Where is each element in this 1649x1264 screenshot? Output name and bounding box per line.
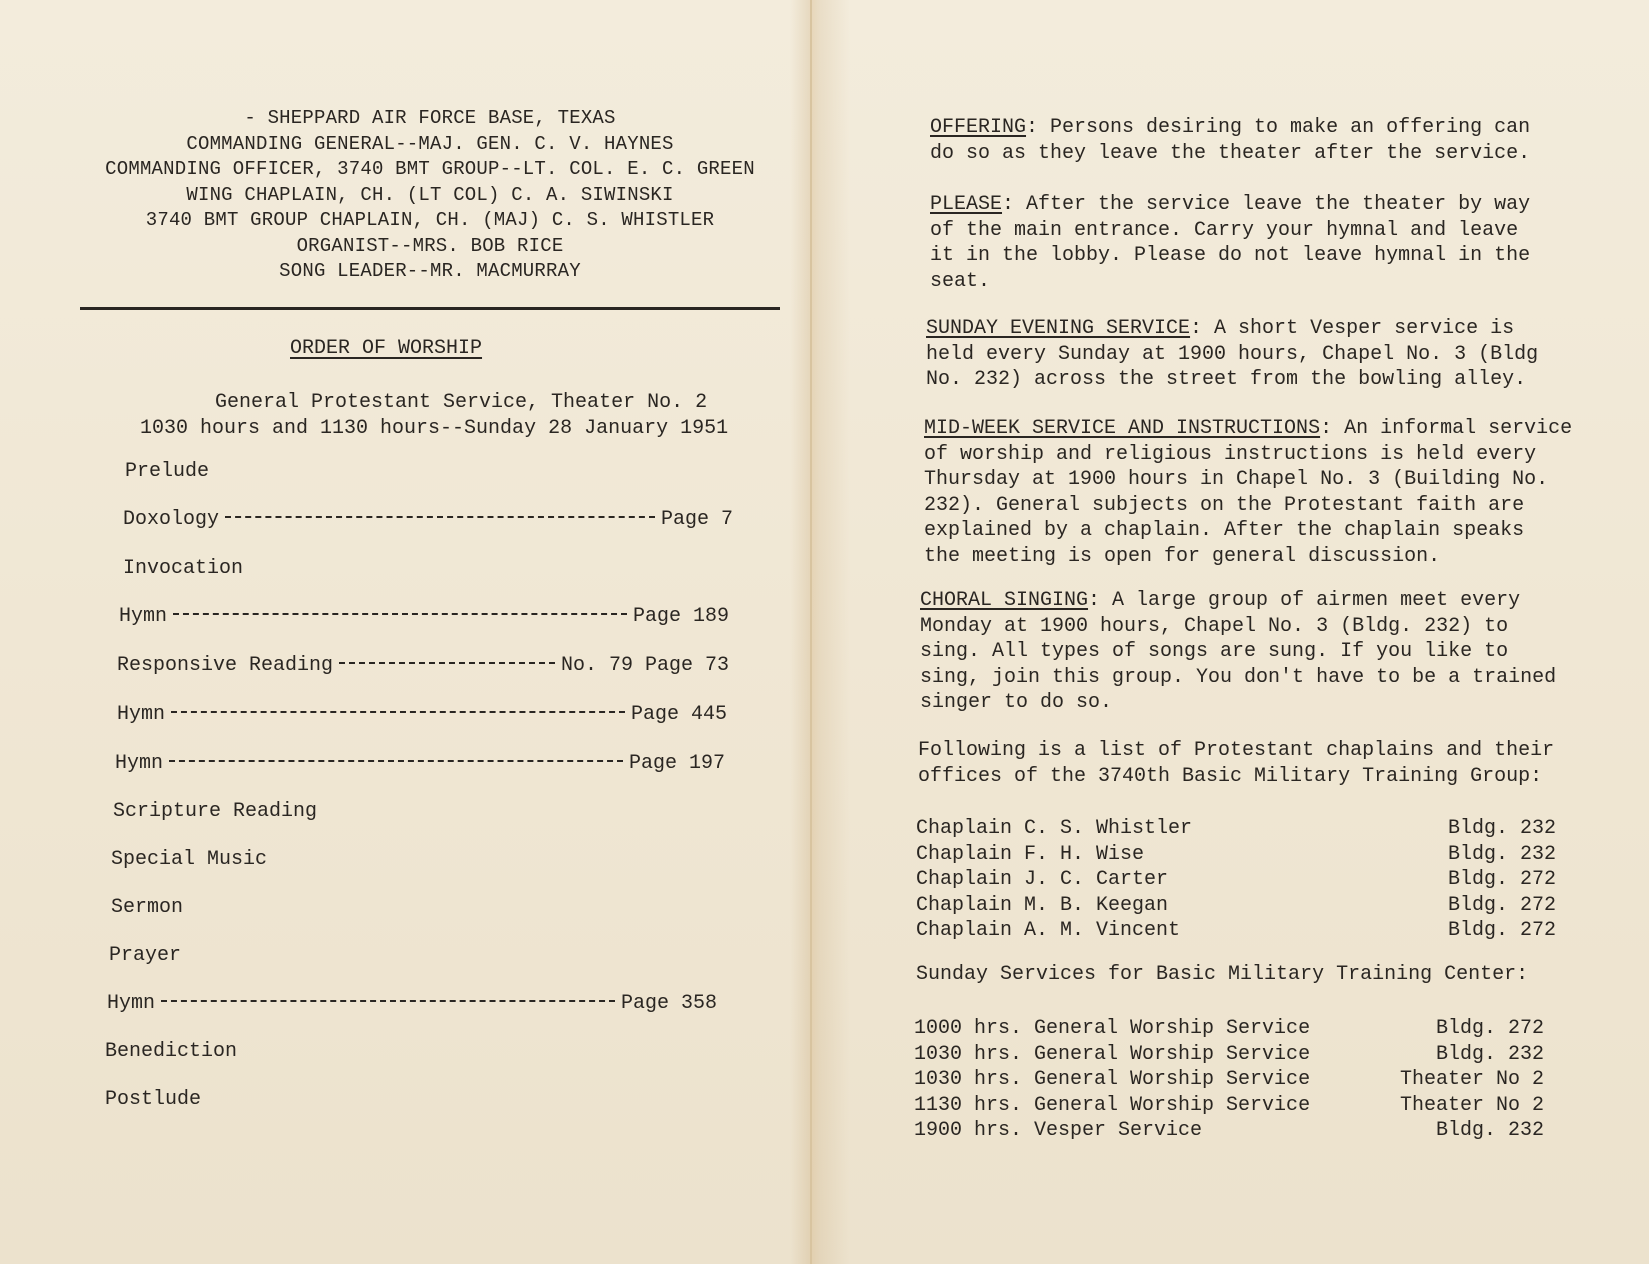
chaplain-row: Chaplain F. H. WiseBldg. 232 — [916, 842, 1556, 868]
leader-dashes — [225, 516, 655, 518]
chaplains-table: Chaplain C. S. WhistlerBldg. 232 Chaplai… — [916, 816, 1556, 944]
header-line: ORGANIST--MRS. BOB RICE — [80, 234, 780, 260]
header-line: COMMANDING OFFICER, 3740 BMT GROUP--LT. … — [80, 157, 780, 183]
header-line: COMMANDING GENERAL--MAJ. GEN. C. V. HAYN… — [80, 132, 780, 158]
order-item: Scripture Reading — [113, 800, 317, 823]
chaplain-row: Chaplain A. M. VincentBldg. 272 — [916, 918, 1556, 944]
service-times: 1030 hours and 1130 hours--Sunday 28 Jan… — [140, 416, 780, 442]
right-page: OFFERING: Persons desiring to make an of… — [812, 0, 1649, 1264]
order-of-worship-title: ORDER OF WORSHIP — [290, 337, 482, 360]
order-item: DoxologyPage 7 — [123, 508, 733, 531]
order-item: Prelude — [125, 460, 209, 483]
section-heading: MID-WEEK SERVICE AND INSTRUCTIONS — [924, 417, 1320, 440]
midweek-section: MID-WEEK SERVICE AND INSTRUCTIONS: An in… — [924, 416, 1572, 569]
order-item: Sermon — [111, 896, 183, 919]
leader-dashes — [161, 1000, 615, 1002]
chaplain-row: Chaplain J. C. CarterBldg. 272 — [916, 867, 1556, 893]
choral-section: CHORAL SINGING: A large group of airmen … — [920, 588, 1556, 716]
order-item: HymnPage 445 — [117, 703, 727, 726]
header-line: 3740 BMT GROUP CHAPLAIN, CH. (MAJ) C. S.… — [80, 208, 780, 234]
service-row: 1030 hrs. General Worship ServiceTheater… — [914, 1067, 1544, 1093]
header-line: SONG LEADER--MR. MACMURRAY — [80, 259, 780, 285]
service-row: 1900 hrs. Vesper ServiceBldg. 232 — [914, 1118, 1544, 1144]
order-item: Invocation — [123, 557, 243, 580]
base-header: - SHEPPARD AIR FORCE BASE, TEXAS COMMAND… — [80, 106, 780, 285]
order-item: HymnPage 189 — [119, 605, 729, 628]
please-section: PLEASE: After the service leave the thea… — [930, 192, 1530, 294]
order-item: Postlude — [105, 1088, 201, 1111]
offering-section: OFFERING: Persons desiring to make an of… — [930, 115, 1530, 166]
services-intro: Sunday Services for Basic Military Train… — [916, 962, 1528, 988]
chaplain-row: Chaplain M. B. KeeganBldg. 272 — [916, 893, 1556, 919]
leader-dashes — [339, 662, 555, 664]
order-item: Prayer — [109, 944, 181, 967]
sunday-evening-section: SUNDAY EVENING SERVICE: A short Vesper s… — [926, 316, 1538, 393]
order-item: HymnPage 358 — [107, 992, 717, 1015]
bulletin-spread: - SHEPPARD AIR FORCE BASE, TEXAS COMMAND… — [0, 0, 1649, 1264]
header-divider — [80, 307, 780, 310]
service-info: General Protestant Service, Theater No. … — [140, 390, 780, 442]
leader-dashes — [173, 613, 627, 615]
order-item: Special Music — [111, 848, 267, 871]
chaplains-intro: Following is a list of Protestant chapla… — [918, 738, 1554, 789]
leader-dashes — [171, 711, 625, 713]
leader-dashes — [169, 760, 623, 762]
header-line: WING CHAPLAIN, CH. (LT COL) C. A. SIWINS… — [80, 183, 780, 209]
order-item: Benediction — [105, 1040, 237, 1063]
service-location: General Protestant Service, Theater No. … — [140, 390, 780, 416]
chaplain-row: Chaplain C. S. WhistlerBldg. 232 — [916, 816, 1556, 842]
section-heading: CHORAL SINGING — [920, 589, 1088, 612]
order-item: HymnPage 197 — [115, 752, 725, 775]
service-row: 1000 hrs. General Worship ServiceBldg. 2… — [914, 1016, 1544, 1042]
section-heading: PLEASE — [930, 193, 1002, 216]
service-row: 1130 hrs. General Worship ServiceTheater… — [914, 1093, 1544, 1119]
order-item: Responsive ReadingNo. 79 Page 73 — [117, 654, 729, 677]
header-line: - SHEPPARD AIR FORCE BASE, TEXAS — [80, 106, 780, 132]
services-table: 1000 hrs. General Worship ServiceBldg. 2… — [914, 1016, 1544, 1144]
section-heading: SUNDAY EVENING SERVICE — [926, 317, 1190, 340]
left-page: - SHEPPARD AIR FORCE BASE, TEXAS COMMAND… — [0, 0, 810, 1264]
section-heading: OFFERING — [930, 116, 1026, 139]
service-row: 1030 hrs. General Worship ServiceBldg. 2… — [914, 1042, 1544, 1068]
